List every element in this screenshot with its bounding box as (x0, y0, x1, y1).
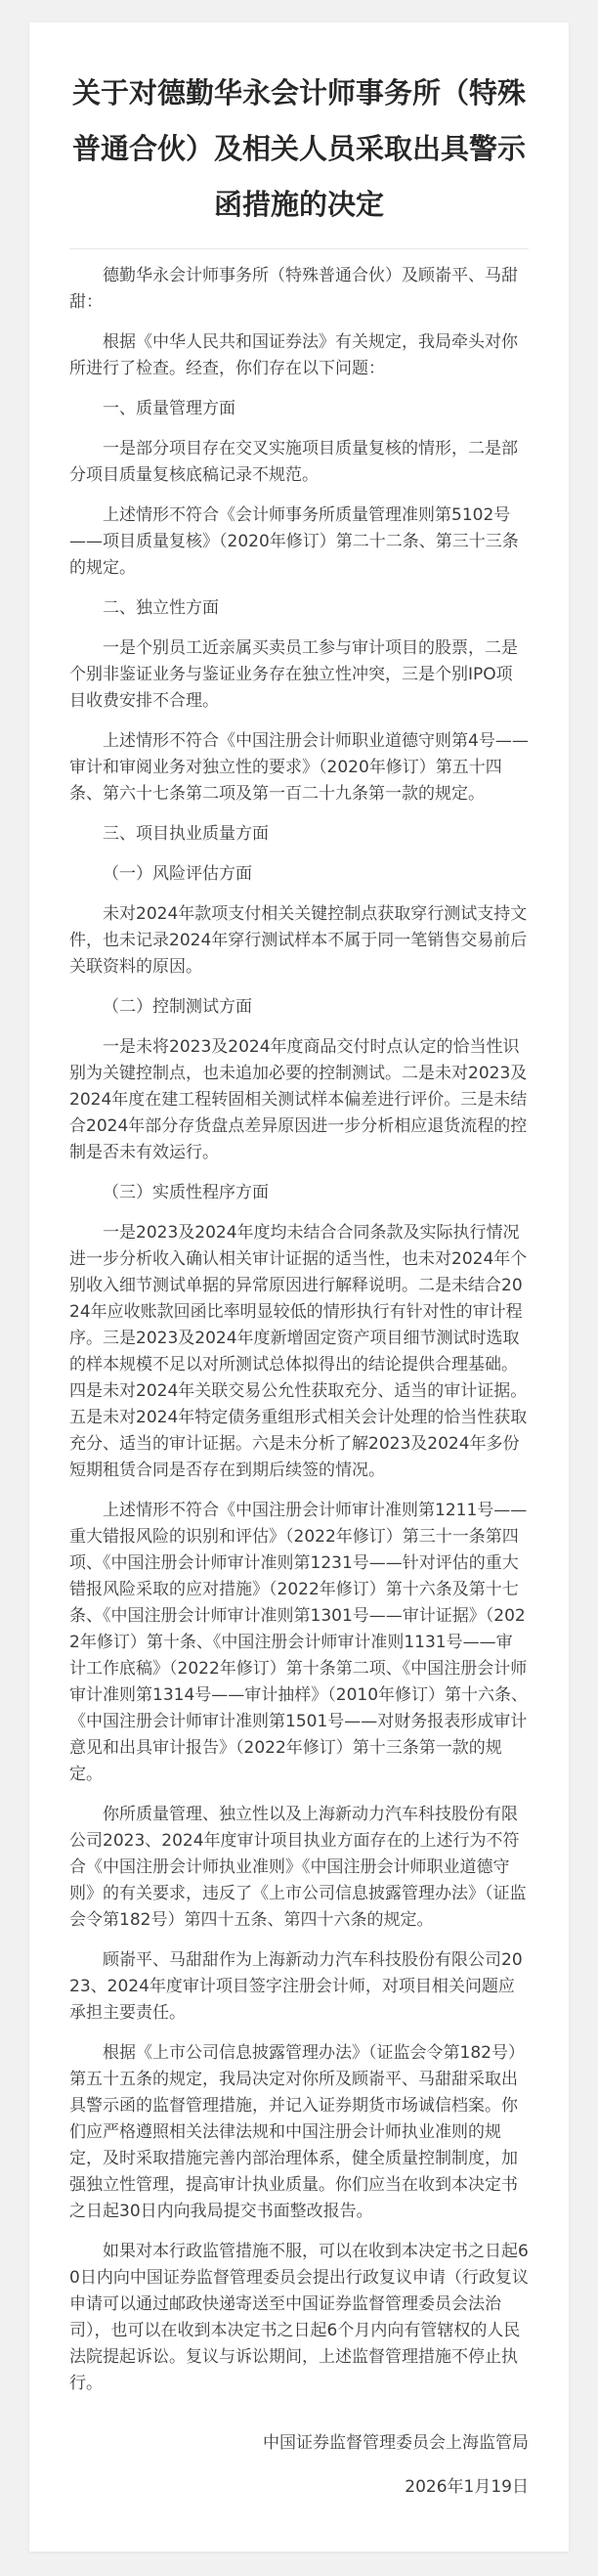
document-paragraph: 一是部分项目存在交叉实施项目质量复核的情形，二是部分项目质量复核底稿记录不规范。 (69, 436, 529, 489)
document-paragraph: 一是未将2023及2024年度商品交付时点认定的恰当性识别为关键控制点，也未追加… (69, 1034, 529, 1166)
document-paragraph: 上述情形不符合《中国注册会计师审计准则第1211号——重大错报风险的识别和评估》… (69, 1498, 529, 1788)
document-paragraph: 顾嵛平、马甜甜作为上海新动力汽车科技股份有限公司2023、2024年度审计项目签… (69, 1947, 529, 2027)
document-paragraph: 根据《中华人民共和国证券法》有关规定，我局牵头对你所进行了检查。经查，你们存在以… (69, 329, 529, 382)
sub-section-heading: （一）风险评估方面 (69, 861, 529, 888)
document-title: 关于对德勤华永会计师事务所（特殊普通合伙）及相关人员采取出具警示函措施的决定 (69, 65, 529, 233)
sub-section-heading: （三）实质性程序方面 (69, 1180, 529, 1206)
document-paragraph: 德勤华永会计师事务所（特殊普通合伙）及顾嵛平、马甜甜： (69, 263, 529, 316)
sub-section-heading: （二）控制测试方面 (69, 994, 529, 1021)
document-paragraph: 如果对本行政监管措施不服，可以在收到本决定书之日起60日内向中国证券监督管理委员… (69, 2239, 529, 2397)
document-paragraph: 上述情形不符合《中国注册会计师职业道德守则第4号——审计和审阅业务对独立性的要求… (69, 728, 529, 808)
issuer-signature: 中国证券监督管理委员会上海监管局 (69, 2430, 529, 2457)
document-paragraph: 上述情形不符合《会计师事务所质量管理准则第5102号——项目质量复核》（2020… (69, 502, 529, 582)
signature-block: 中国证券监督管理委员会上海监管局 2026年1月19日 (69, 2430, 529, 2501)
document-paragraph: 你所质量管理、独立性以及上海新动力汽车科技股份有限公司2023、2024年度审计… (69, 1802, 529, 1934)
section-heading: 二、独立性方面 (69, 595, 529, 622)
document-paragraph: 未对2024年款项支付相关关键控制点获取穿行测试支持文件，也未记录2024年穿行… (69, 901, 529, 981)
title-divider (69, 248, 529, 249)
document-paragraph: 根据《上市公司信息披露管理办法》（证监会令第182号）第五十五条的规定，我局决定… (69, 2040, 529, 2225)
section-heading: 三、项目执业质量方面 (69, 821, 529, 848)
document-date: 2026年1月19日 (69, 2474, 529, 2501)
document-paragraph: 一是个别员工近亲属买卖员工参与审计项目的股票，二是个别非鉴证业务与鉴证业务存在独… (69, 635, 529, 715)
document-body: 德勤华永会计师事务所（特殊普通合伙）及顾嵛平、马甜甜：根据《中华人民共和国证券法… (69, 263, 529, 2397)
page-background: { "document": { "title": "关于对德勤华永会计师事务所（… (0, 22, 598, 2552)
document-card: 关于对德勤华永会计师事务所（特殊普通合伙）及相关人员采取出具警示函措施的决定 德… (29, 22, 569, 2552)
section-heading: 一、质量管理方面 (69, 396, 529, 422)
document-paragraph: 一是2023及2024年度均未结合合同条款及实际执行情况进一步分析收入确认相关审… (69, 1220, 529, 1484)
